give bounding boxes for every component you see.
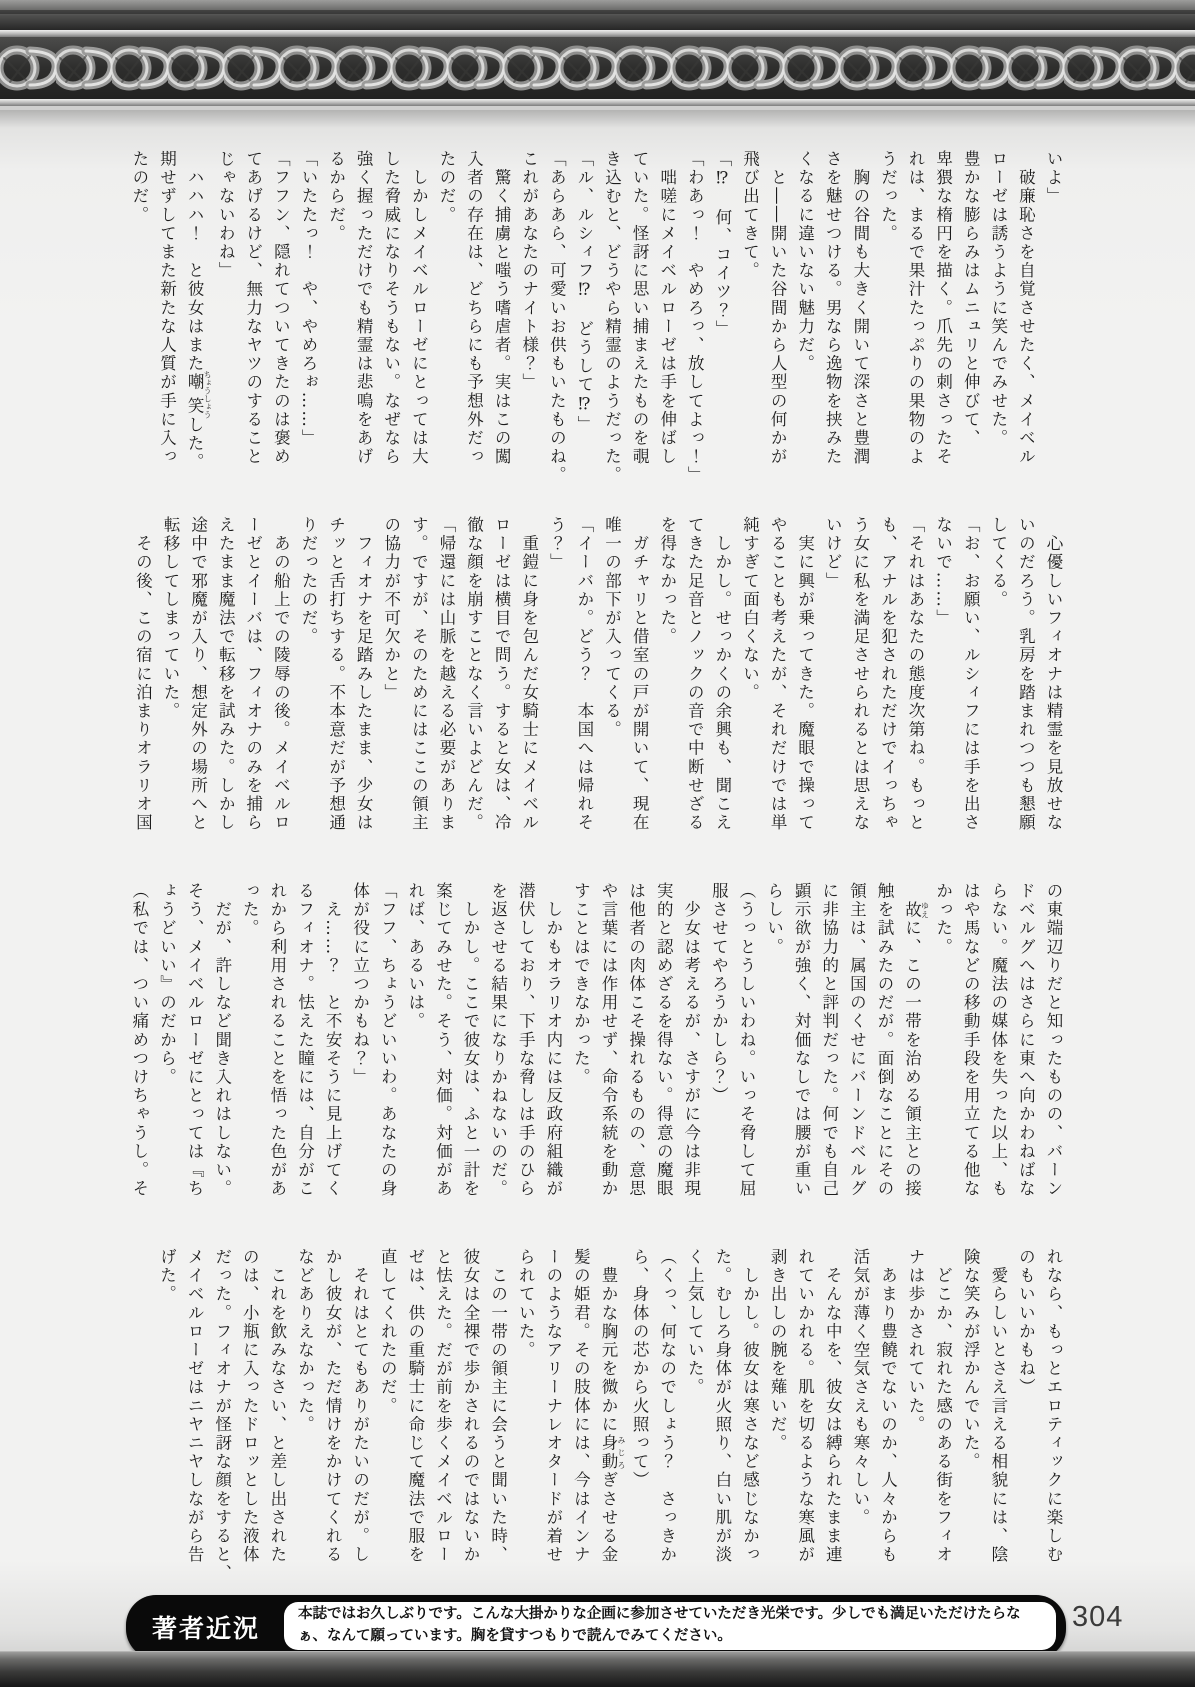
- text-column: 重鎧に身を包んだ女騎士にメイベル: [515, 516, 543, 858]
- magazine-novel-page: いよ」 破廉恥さを自覚させたく、メイベルローゼは誘うように笑んでみせた。豊かな膨…: [0, 0, 1195, 1687]
- text-column: した脅威になりそうもない。なぜなら: [377, 150, 405, 492]
- text-column: げた。: [153, 1248, 181, 1590]
- text-column: ガチャリと借室の戸が開いて、現在: [626, 516, 654, 858]
- text-column: それはとてもありがたいのだが。し: [346, 1248, 374, 1590]
- text-column: 豊かな膨らみはムニュリと伸びて、: [957, 150, 985, 492]
- text-column: あの船上での陵辱の後。メイベルロ: [267, 516, 295, 858]
- novel-text-band-2: 心優しいフィオナは精霊を見放せないのだろう。乳房を踏まれつつも懇願してくる。「お…: [126, 516, 1067, 858]
- text-column: はや馬などの移動手段を用立てる他な: [957, 882, 985, 1224]
- text-column: 髪の姫君。その肢体には、今はインナ: [567, 1248, 595, 1590]
- text-column: てきた足音とノックの音で中断せざる: [681, 516, 709, 858]
- text-column: ローゼは横目で問う。すると女は、冷: [488, 516, 516, 858]
- text-column: ーのようなアリーナレオタードが着せ: [539, 1248, 567, 1590]
- text-column: や言葉には作用せず、命令系統を動か: [594, 882, 622, 1224]
- text-column: 領主は、属国のくせにバーンドベルグ: [843, 882, 871, 1224]
- text-column: てあげるけど、無力なヤツのすること: [239, 150, 267, 492]
- text-column: ないで……」: [929, 516, 957, 858]
- text-column: 実に興が乗ってきた。魔眼で操って: [791, 516, 819, 858]
- text-column: しかし。彼女は寒さなど感じなかっ: [736, 1248, 764, 1590]
- text-column: すことはできなかった。: [567, 882, 595, 1224]
- text-column: かし彼女が、ただ情けをかけてくれる: [318, 1248, 346, 1590]
- page-number: 304: [1072, 1601, 1123, 1634]
- text-column: 直してくれたのだ。: [374, 1248, 402, 1590]
- author-status-box: 本誌ではお久しぶりです。こんな大掛かりな企画に参加させていただき光栄です。少しで…: [284, 1602, 1056, 1650]
- text-column: らない。魔法の媒体を失った以上、も: [984, 882, 1012, 1224]
- text-column: のもいいかもね）: [1012, 1248, 1040, 1590]
- text-column: 胸の谷間も大きく開いて深さと豊潤: [846, 150, 874, 492]
- text-column: を得なかった。: [653, 516, 681, 858]
- text-column: ハハハ！ と彼女はまた嘲笑ちょうしょうした。: [181, 150, 212, 492]
- text-column: 顕示欲が強く、対価なしでは腰が重い: [788, 882, 816, 1224]
- text-column: たのだ。: [125, 150, 153, 492]
- text-column: さを魅せつける。男なら逸物を挟みた: [819, 150, 847, 492]
- metal-border-bottom: [0, 1651, 1195, 1687]
- text-column: った。: [236, 882, 264, 1224]
- text-column: く上気していた。: [681, 1248, 709, 1590]
- text-column: 活気が薄く空気さえも寒々しい。: [846, 1248, 874, 1590]
- text-column: どこか、寂れた感のある街をフィオ: [929, 1248, 957, 1590]
- text-column: と怯えた。だが前を歩くメイベルロー: [429, 1248, 457, 1590]
- text-column: この一帯の領主に会うと聞いた時、: [484, 1248, 512, 1590]
- text-column: ていた。怪訝に思い捕まえたものを覗: [626, 150, 654, 492]
- text-column: は他者の肉体こそ操れるものの、意思: [622, 882, 650, 1224]
- text-column: メイベルローゼはニヤニヤしながら告: [181, 1248, 209, 1590]
- novel-text-band-3: の東端辺りだと知ったものの、バーンドベルグへはさらに東へ向かわねばならない。魔法…: [126, 882, 1067, 1224]
- text-column: フィオナを足踏みしたまま、少女は: [350, 516, 378, 858]
- text-column: の協力が不可欠かと」: [377, 516, 405, 858]
- text-column: 「わあっ！ やめろっ、放してよっ！」: [681, 150, 709, 492]
- text-column: 転移してしまっていた。: [156, 516, 184, 858]
- author-status-label: 著者近況: [126, 1595, 286, 1659]
- text-column: これを飲みなさい、と差し出された: [263, 1248, 291, 1590]
- text-column: 彼女は全裸で歩かされるのではないか: [456, 1248, 484, 1590]
- text-column: （うっとうしいわね。いっそ脅して屈: [732, 882, 760, 1224]
- text-column: しかもオラリオ内には反政府組織が: [539, 882, 567, 1224]
- text-column: ナは歩かされていた。: [901, 1248, 929, 1590]
- text-column: 「ル、ルシィフ⁉ どうして⁉」: [570, 150, 598, 492]
- text-column: だが、許しなど聞き入れはしない。: [208, 882, 236, 1224]
- text-column: を返させる結果になりかねないのだ。: [484, 882, 512, 1224]
- text-column: き込むと、どうやら精霊のようだった。: [598, 150, 626, 492]
- text-column: のは、小瓶に入ったドロッとした液体: [236, 1248, 264, 1590]
- text-column: う女に私を満足させられるとは思えな: [846, 516, 874, 858]
- text-column: す。ですが、そのためにはここの領主: [405, 516, 433, 858]
- text-column: うだった。: [874, 150, 902, 492]
- text-column: ーゼとイーバは、フィオナのみを捕ら: [239, 516, 267, 858]
- text-column: （くっ、何なのでしょう？ さっきか: [653, 1248, 681, 1590]
- text-column: の東端辺りだと知ったものの、バーン: [1039, 882, 1067, 1224]
- novel-text-band-1: いよ」 破廉恥さを自覚させたく、メイベルローゼは誘うように笑んでみせた。豊かな膨…: [126, 150, 1067, 492]
- text-column: えたまま魔法で転移を試みた。しかし: [212, 516, 240, 858]
- text-column: 潜伏しており、下手な脅しは手のひら: [512, 882, 540, 1224]
- text-column: 少女は考えるが、さすがに今は非現: [677, 882, 705, 1224]
- text-column: 驚く捕虜と嗤う嗜虐者。実はこの闖: [488, 150, 516, 492]
- text-column: 徹な顔を崩すことなく言いよどんだ。: [460, 516, 488, 858]
- author-status-capsule: 著者近況 本誌ではお久しぶりです。こんな大掛かりな企画に参加させていただき光栄で…: [126, 1595, 1066, 1659]
- text-column: （私では、つい痛めつけちゃうし。そ: [125, 882, 153, 1224]
- text-column: れなら、もっとエロティックに楽しむ: [1039, 1248, 1067, 1590]
- text-column: だった。フィオナが怪訝な顔をすると、: [208, 1248, 236, 1590]
- text-column: いよ」: [1039, 150, 1067, 492]
- author-status-comment: 本誌ではお久しぶりです。こんな大掛かりな企画に参加させていただき光栄です。少しで…: [298, 1604, 1042, 1648]
- text-column: るからだ。: [322, 150, 350, 492]
- text-column: 「フフン、隠れてついてきたのは褒め: [267, 150, 295, 492]
- celtic-knot-border-icon: [0, 0, 1195, 110]
- text-column: 「イーバか。どう？ 本国へは帰れそ: [570, 516, 598, 858]
- text-column: しかし。ここで彼女は、ふと一計を: [456, 882, 484, 1224]
- text-column: も、アナルを犯されただけでイっちゃ: [874, 516, 902, 858]
- text-column: 心優しいフィオナは精霊を見放せな: [1039, 516, 1067, 858]
- text-column: 強く握っただけでも精霊は悲鳴をあげ: [350, 150, 378, 492]
- text-column: 飛び出てきて。: [736, 150, 764, 492]
- text-column: しかし。せっかくの余興も、聞こえ: [708, 516, 736, 858]
- text-column: ローゼは誘うように笑んでみせた。: [984, 150, 1012, 492]
- text-column: 豊かな胸元を微かに身動みじろぎさせる金: [594, 1248, 625, 1590]
- text-column: ゼは、供の重騎士に命じて魔法で服を: [401, 1248, 429, 1590]
- text-column: に非協力的と評判だった。何でも自己: [815, 882, 843, 1224]
- text-column: そんな中を、彼女は縛られたまま連: [819, 1248, 847, 1590]
- text-column: ドベルグへはさらに東へ向かわねばな: [1012, 882, 1040, 1224]
- text-column: そう、メイベルローゼにとっては『ち: [181, 882, 209, 1224]
- text-column: るフィオナ。怯えた瞳には、自分がこ: [291, 882, 319, 1224]
- text-column: 服させてやろうかしら？）: [705, 882, 733, 1224]
- text-column: られていた。: [512, 1248, 540, 1590]
- text-column: 純すぎて面白くない。: [736, 516, 764, 858]
- text-column: れは、まるで果汁たっぷりの果物のよ: [901, 150, 929, 492]
- text-column: してくる。: [984, 516, 1012, 858]
- text-column: 触を試みたのだが。面倒なことにその: [870, 882, 898, 1224]
- text-column: 「お、お願い、ルシィフには手を出さ: [957, 516, 985, 858]
- text-column: え……？ と不安そうに見上げてく: [318, 882, 346, 1224]
- text-column: た。むしろ身体が火照り、白い肌が淡: [708, 1248, 736, 1590]
- text-column: あまり豊饒でないのか、人々からも: [874, 1248, 902, 1590]
- text-column: じゃないわね」: [212, 150, 240, 492]
- text-column: 途中で邪魔が入り、想定外の場所へと: [184, 516, 212, 858]
- text-column: くなるに違いない魅力だ。: [791, 150, 819, 492]
- text-column: 「いたたっ！ や、やめろぉ……」: [294, 150, 322, 492]
- text-column: 「帰還には山脈を越える必要がありま: [432, 516, 460, 858]
- text-column: う？」: [543, 516, 571, 858]
- text-column: れば、あるいは。: [401, 882, 429, 1224]
- text-column: りだったのだ。: [294, 516, 322, 858]
- text-column: 唯一の部下が入ってくる。: [598, 516, 626, 858]
- text-column: 卑猥な楕円を描く。爪先の刺さったそ: [929, 150, 957, 492]
- novel-text-band-4: れなら、もっとエロティックに楽しむのもいいかもね） 愛らしいとさえ言える相貌には…: [126, 1248, 1067, 1590]
- text-column: いのだろう。乳房を踏まれつつも懇願: [1012, 516, 1040, 858]
- text-column: ょうどいい』のだから。: [153, 882, 181, 1224]
- text-column: 「あらあら、可愛いお供もいたものね。: [543, 150, 571, 492]
- text-column: かった。: [929, 882, 957, 1224]
- text-column: 愛らしいとさえ言える相貌には、陰: [984, 1248, 1012, 1590]
- text-column: 入者の存在は、どちらにも予想外だっ: [460, 150, 488, 492]
- text-column: 「それはあなたの態度次第ね。もっと: [901, 516, 929, 858]
- text-column: などありえなかった。: [291, 1248, 319, 1590]
- text-column: ら、身体の芯から火照って）: [626, 1248, 654, 1590]
- text-column: しかしメイベルローゼにとっては大: [405, 150, 433, 492]
- text-column: 「フフ、ちょうどいいわ。あなたの身: [374, 882, 402, 1224]
- text-column: その後、この宿に泊まりオラリオ国: [129, 516, 157, 858]
- text-column: 体が役に立つかもね？」: [346, 882, 374, 1224]
- text-column: 故ゆえに、この一帯を治める領主との接: [898, 882, 929, 1224]
- text-column: れていかれる。肌を切るような寒風が: [791, 1248, 819, 1590]
- text-column: らしい。: [760, 882, 788, 1224]
- text-column: 案じてみせた。そう、対価。対価があ: [429, 882, 457, 1224]
- text-column: チッと舌打ちする。不本意だが予想通: [322, 516, 350, 858]
- text-column: 険な笑みが浮かんでいた。: [957, 1248, 985, 1590]
- text-column: やることも考えたが、それだけでは単: [763, 516, 791, 858]
- text-column: たのだ。: [432, 150, 460, 492]
- text-column: れから利用されることを悟った色があ: [263, 882, 291, 1224]
- text-column: 咄嗟にメイベルローゼは手を伸ばし: [653, 150, 681, 492]
- text-column: 破廉恥さを自覚させたく、メイベル: [1012, 150, 1040, 492]
- text-column: 実的と認めざるを得ない。得意の魔眼: [650, 882, 678, 1224]
- text-column: 剥き出しの腕を薙いだ。: [763, 1248, 791, 1590]
- text-column: 期せずしてまた新たな人質が手に入っ: [153, 150, 181, 492]
- text-column: と――開いた谷間から人型の何かが: [763, 150, 791, 492]
- text-column: いけど」: [819, 516, 847, 858]
- text-column: 「⁉ 何、コイツ？」: [708, 150, 736, 492]
- text-column: これがあなたのナイト様？」: [515, 150, 543, 492]
